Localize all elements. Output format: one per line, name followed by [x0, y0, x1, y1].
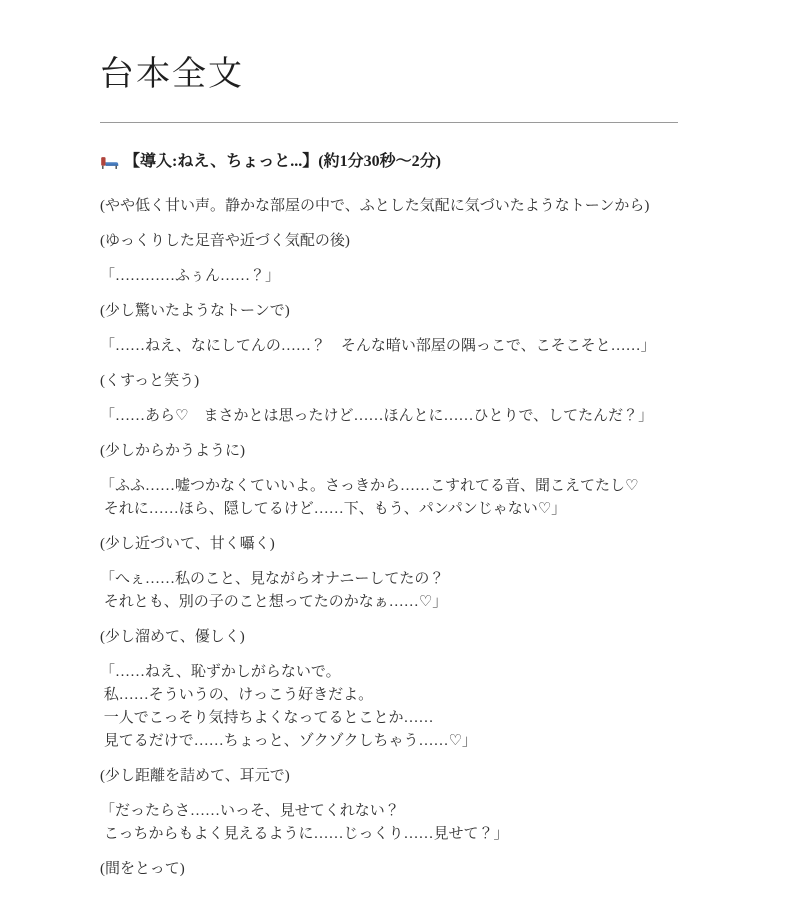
document-page: 台本全文 【導入:ねえ、ちょっと...】(約1分30秒〜2分) (やや低く甘い声…: [0, 0, 795, 921]
page-title: 台本全文: [100, 55, 678, 96]
section-heading-text: 【導入:ねえ、ちょっと...】(約1分30秒〜2分): [124, 150, 441, 173]
stage-direction: (少し近づいて、甘く囁く): [100, 533, 715, 556]
stage-direction: (くすっと笑う): [100, 370, 715, 393]
stage-direction: (少し驚いたようなトーンで): [100, 300, 715, 323]
dialogue-paragraph: 「……ねえ、恥ずかしがらないで。 私……そういうの、けっこう好きだよ。 一人でこ…: [100, 661, 715, 753]
stage-direction: (少し溜めて、優しく): [100, 626, 715, 649]
stage-direction: (少し距離を詰めて、耳元で): [100, 765, 715, 788]
stage-direction: (ゆっくりした足音や近づく気配の後): [100, 230, 715, 253]
dialogue-paragraph: 「…………ふぅん……？」: [100, 265, 715, 288]
stage-direction: (少しからかうように): [100, 440, 715, 463]
dialogue-paragraph: 「……ねえ、なにしてんの……？ そんな暗い部屋の隅っこで、こそこそと……」: [100, 335, 715, 358]
script-body: (やや低く甘い声。静かな部屋の中で、ふとした気配に気づいたようなトーンから)(ゆ…: [100, 195, 715, 881]
stage-direction: (間をとって): [100, 858, 715, 881]
dialogue-paragraph: 「だったらさ……いっそ、見せてくれない？ こっちからもよく見えるように……じっく…: [100, 800, 715, 846]
section-heading: 【導入:ねえ、ちょっと...】(約1分30秒〜2分): [100, 150, 715, 173]
stage-direction: (やや低く甘い声。静かな部屋の中で、ふとした気配に気づいたようなトーンから): [100, 195, 715, 218]
dialogue-paragraph: 「ふふ……嘘つかなくていいよ。さっきから……こすれてる音、聞こえてたし♡ それに…: [100, 475, 715, 521]
document-header: 台本全文: [100, 55, 678, 123]
dialogue-paragraph: 「……あら♡ まさかとは思ったけど……ほんとに……ひとりで、してたんだ？」: [100, 405, 715, 428]
bed-icon: [100, 154, 119, 168]
dialogue-paragraph: 「へぇ……私のこと、見ながらオナニーしてたの？ それとも、別の子のこと想ってたの…: [100, 568, 715, 614]
